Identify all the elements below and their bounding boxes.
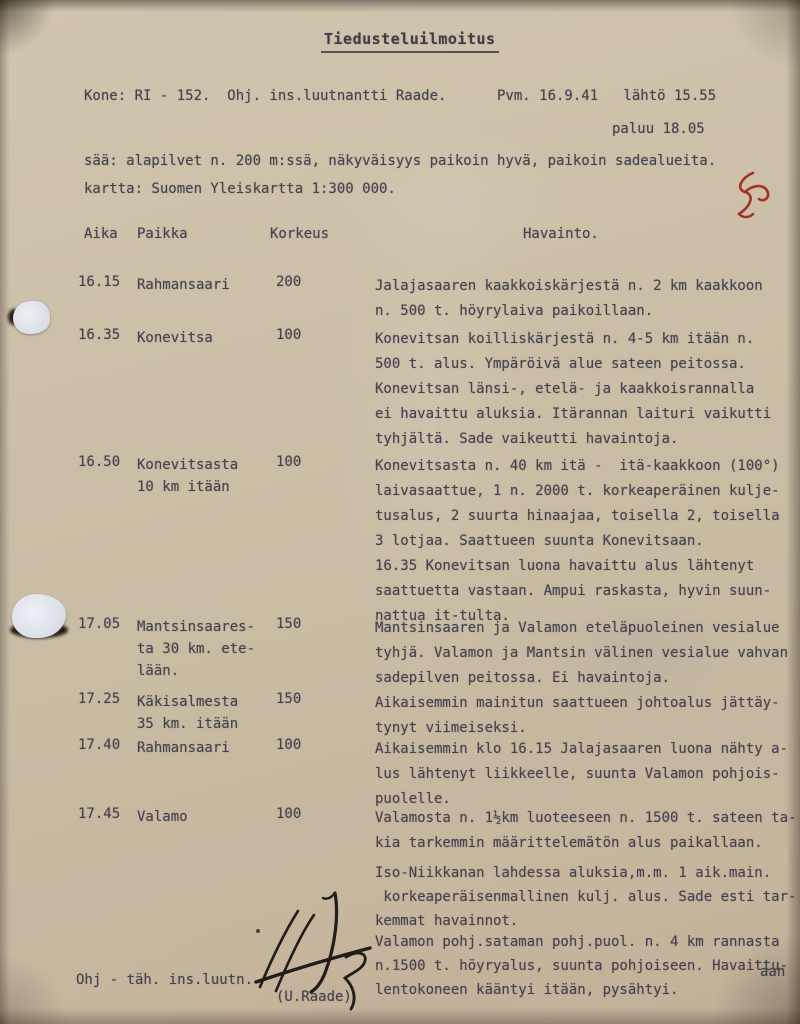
altitude-cell: 150 [276,691,301,707]
observation-line: Valamosta n. 1½km luoteeseen n. 1500 t. … [375,806,796,831]
hyphenation-overflow-fragment: aan [760,964,785,980]
document-title: Tiedusteluilmoitus [321,30,499,53]
observation-line: Konevitsasta n. 40 km itä - itä-kaakkoon… [375,454,780,479]
observation-cell: Konevitsan koilliskärjestä n. 4-5 km itä… [375,327,771,452]
ink-speck [256,929,260,933]
paper-hole [13,301,50,334]
place-line: Rahmansaari [137,737,230,759]
time-cell: 16.35 [78,327,120,343]
altitude-cell: 100 [276,454,301,470]
place-line: ta 30 km. ete- [137,638,255,660]
observation-line: kia tarkemmin määrittelemätön alus paika… [375,831,796,856]
observation-line: 500 t. alus. Ympäröivä alue sateen peito… [375,352,771,377]
observation-line: ei havaittu aluksia. Itärannan laituri v… [375,402,771,427]
place-line: 35 km. itään [137,713,238,735]
place-cell: Rahmansaari [137,737,230,759]
altitude-cell: 100 [276,327,301,343]
observation-cell: Iso-Niikkanan lahdessa aluksia,m.m. 1 ai… [375,861,796,933]
time-cell: 17.05 [78,616,120,632]
time-cell: 16.15 [78,274,120,290]
red-initials-mark [722,166,780,230]
place-line: Konevitsasta [137,454,238,476]
column-header-havainto: Havainto. [523,226,599,242]
handwritten-signature [246,884,381,1016]
return-time-line: paluu 18.05 [612,121,705,137]
observation-line: saattuetta vastaan. Ampui raskasta, hyvi… [375,579,780,604]
observation-line: Konevitsan koilliskärjestä n. 4-5 km itä… [375,327,771,352]
observation-cell: Aikaisemmin klo 16.15 Jalajasaaren luona… [375,737,788,812]
altitude-cell: 100 [276,737,301,753]
map-line: kartta: Suomen Yleiskartta 1:300 000. [84,181,396,197]
altitude-cell: 100 [276,806,301,822]
observation-line: tyhjä. Valamon ja Mantsin välinen vesial… [375,641,788,666]
observation-line: 16.35 Konevitsan luona havaittu alus läh… [375,554,780,579]
place-line: Rahmansaari [137,274,230,296]
place-line: Käkisalmesta [137,691,238,713]
observation-line: tusalus, 2 suurta hinaajaa, toisella 2, … [375,504,780,529]
altitude-cell: 200 [276,274,301,290]
place-cell: Konevitsa [137,327,213,349]
place-line: lään. [137,660,255,682]
place-cell: Mantsinsaares- ta 30 km. ete- lään. [137,616,255,682]
observation-line: tyhjältä. Sade vaikeutti havaintoja. [375,427,771,452]
column-header-aika: Aika [84,226,118,242]
place-cell: Rahmansaari [137,274,230,296]
observation-line: Konevitsan länsi-, etelä- ja kaakkoisran… [375,377,771,402]
time-cell: 17.40 [78,737,120,753]
observation-line: 3 lotjaa. Saattueen suunta Konevitsaan. [375,529,780,554]
time-cell: 17.45 [78,806,120,822]
observation-line: lus lähtenyt liikkeelle, suunta Valamon … [375,762,788,787]
observation-line: laivasaattue, 1 n. 2000 t. korkeaperäine… [375,479,780,504]
observation-line: Jalajasaaren kaakkoiskärjestä n. 2 km ka… [375,274,763,299]
observation-cell: Valamon pohj.sataman pohj.puol. n. 4 km … [375,930,788,1002]
observation-line: sadepilven peitossa. Ei havaintoja. [375,666,788,691]
place-cell: Valamo [137,806,188,828]
time-cell: 16.50 [78,454,120,470]
observation-line: Mantsinsaaren ja Valamon eteläpuoleinen … [375,616,788,641]
observation-line: Iso-Niikkanan lahdessa aluksia,m.m. 1 ai… [375,861,796,885]
observation-line: lentokoneen kääntyi itään, pysähtyi. [375,978,788,1002]
weather-line: sää: alapilvet n. 200 m:ssä, näkyväisyys… [84,153,716,169]
column-header-paikka: Paikka [137,226,188,242]
place-line: Valamo [137,806,188,828]
date-departure-line: Pvm. 16.9.41 lähtö 15.55 [497,88,716,104]
observation-line: Aikaisemmin klo 16.15 Jalajasaaren luona… [375,737,788,762]
observation-cell: Jalajasaaren kaakkoiskärjestä n. 2 km ka… [375,274,763,324]
observation-line: korkeaperäisenmallinen kulj. alus. Sade … [375,885,796,909]
observation-cell: Mantsinsaaren ja Valamon eteläpuoleinen … [375,616,788,691]
place-line: 10 km itään [137,476,238,498]
place-line: Konevitsa [137,327,213,349]
observation-line: n. 500 t. höyrylaiva paikoillaan. [375,299,763,324]
time-cell: 17.25 [78,691,120,707]
machine-pilot-line: Kone: RI - 152. Ohj. ins.luutnantti Raad… [84,88,446,104]
column-header-korkeus: Korkeus [270,226,329,242]
observation-cell: Aikaisemmin mainitun saattueen johtoalus… [375,691,780,741]
observation-line: n.1500 t. höyryalus, suunta pohjoiseen. … [375,954,788,978]
observation-cell: Valamosta n. 1½km luoteeseen n. 1500 t. … [375,806,796,856]
place-cell: Konevitsasta 10 km itään [137,454,238,498]
altitude-cell: 150 [276,616,301,632]
place-line: Mantsinsaares- [137,616,255,638]
scanned-document-page: Tiedusteluilmoitus Kone: RI - 152. Ohj. … [0,0,800,1024]
observation-line: Aikaisemmin mainitun saattueen johtoalus… [375,691,780,716]
signer-title-line: Ohj - täh. ins.luutn. [76,972,253,988]
observation-cell: Konevitsasta n. 40 km itä - itä-kaakkoon… [375,454,780,629]
observation-line: Valamon pohj.sataman pohj.puol. n. 4 km … [375,930,788,954]
place-cell: Käkisalmesta 35 km. itään [137,691,238,735]
